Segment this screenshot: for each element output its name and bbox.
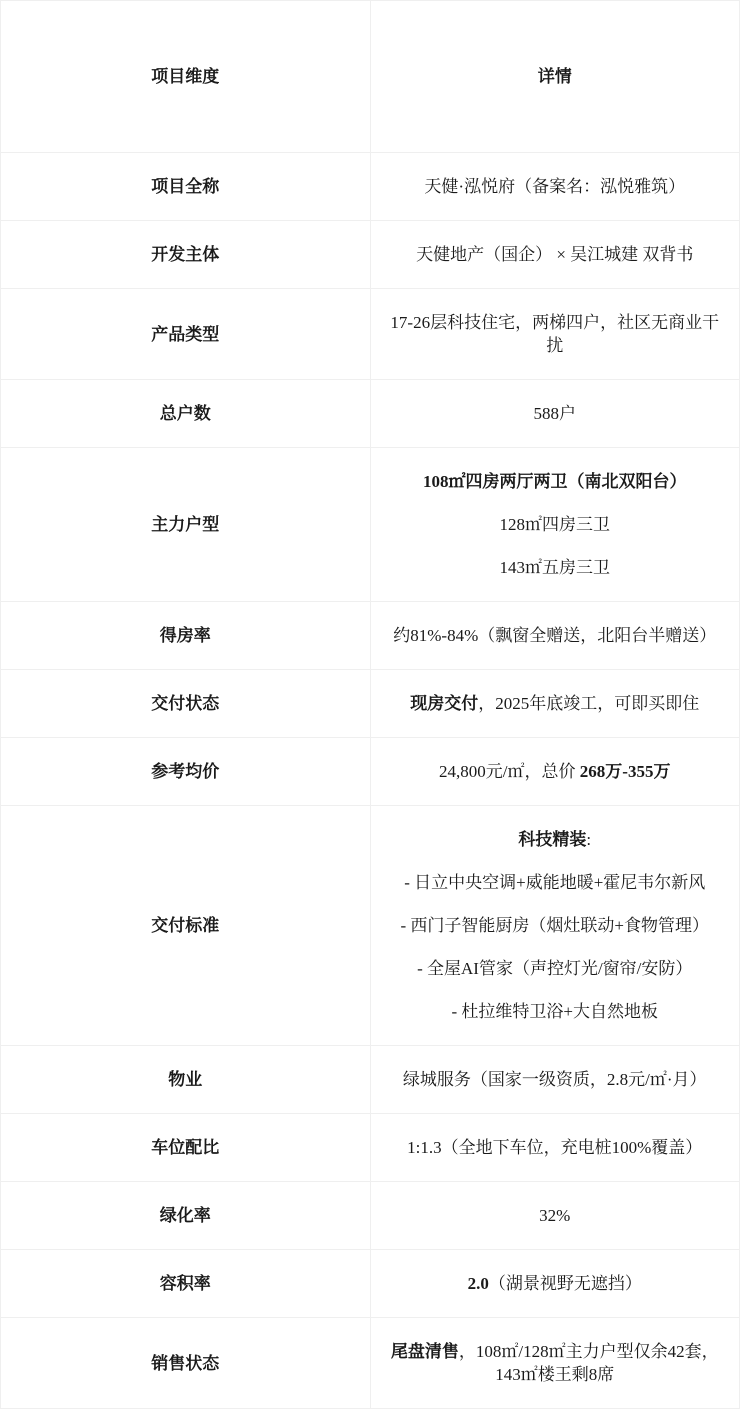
detail-value: 天健地产（国企） × 吴江城建 双背书 — [370, 221, 740, 289]
detail-paragraph: 128㎡四房三卫 — [385, 513, 726, 536]
text-segment: 天健地产（国企） × 吴江城建 双背书 — [416, 245, 693, 264]
dimension-label: 交付状态 — [1, 670, 371, 738]
detail-paragraph: - 杜拉维特卫浴+大自然地板 — [385, 1000, 726, 1023]
text-segment: 绿城服务（国家一级资质，2.8元/㎡·月） — [403, 1070, 707, 1089]
text-segment: 128㎡四房三卫 — [500, 515, 611, 534]
text-segment: 2.0 — [468, 1274, 489, 1293]
header-detail-cell: 详情 — [370, 1, 740, 153]
detail-value: 24,800元/㎡，总价 268万-355万 — [370, 738, 740, 806]
table-row-product-type: 产品类型17-26层科技住宅，两梯四户，社区无商业干扰 — [1, 289, 740, 380]
table-row-reference-avg-price: 参考均价24,800元/㎡，总价 268万-355万 — [1, 738, 740, 806]
table-row-property-management: 物业绿城服务（国家一级资质，2.8元/㎡·月） — [1, 1046, 740, 1114]
detail-value: 现房交付，2025年底竣工，可即买即住 — [370, 670, 740, 738]
text-segment: 天健·泓悦府（备案名：泓悦雅筑） — [424, 177, 685, 196]
text-segment: 现房交付 — [410, 694, 478, 713]
dimension-label: 产品类型 — [1, 289, 371, 380]
detail-paragraph: 天健·泓悦府（备案名：泓悦雅筑） — [385, 175, 726, 198]
table-row-main-unit-types: 主力户型108㎡四房两厅两卫（南北双阳台）128㎡四房三卫143㎡五房三卫 — [1, 448, 740, 602]
text-segment: 1:1.3（全地下车位，充电桩100%覆盖） — [407, 1138, 702, 1157]
table-row-usable-area-ratio: 得房率约81%-84%（飘窗全赠送，北阳台半赠送） — [1, 602, 740, 670]
detail-paragraph: 32% — [385, 1204, 726, 1227]
detail-paragraph: 科技精装: — [385, 828, 726, 851]
text-segment: 17-26层科技住宅，两梯四户，社区无商业干扰 — [390, 313, 719, 355]
text-segment: - 日立中央空调+威能地暖+霍尼韦尔新风 — [404, 873, 705, 892]
detail-paragraph: 108㎡四房两厅两卫（南北双阳台） — [385, 470, 726, 493]
table-row-developer: 开发主体天健地产（国企） × 吴江城建 双背书 — [1, 221, 740, 289]
dimension-label: 得房率 — [1, 602, 371, 670]
detail-paragraph: - 西门子智能厨房（烟灶联动+食物管理） — [385, 914, 726, 937]
detail-value: 588户 — [370, 380, 740, 448]
dimension-label: 容积率 — [1, 1250, 371, 1318]
detail-value: 32% — [370, 1182, 740, 1250]
text-segment: 268万-355万 — [580, 762, 671, 781]
detail-value: 尾盘清售，108㎡/128㎡主力户型仅余42套，143㎡楼王剩8席 — [370, 1318, 740, 1409]
detail-value: 1:1.3（全地下车位，充电桩100%覆盖） — [370, 1114, 740, 1182]
text-segment: 32% — [539, 1206, 570, 1225]
header-dimension-cell: 项目维度 — [1, 1, 371, 153]
text-segment: 约81%-84%（飘窗全赠送，北阳台半赠送） — [393, 626, 716, 645]
detail-paragraph: 约81%-84%（飘窗全赠送，北阳台半赠送） — [385, 624, 726, 647]
detail-paragraph: 天健地产（国企） × 吴江城建 双背书 — [385, 243, 726, 266]
dimension-label: 总户数 — [1, 380, 371, 448]
text-segment: （湖景视野无遮挡） — [489, 1274, 642, 1293]
dimension-label: 车位配比 — [1, 1114, 371, 1182]
dimension-label: 销售状态 — [1, 1318, 371, 1409]
text-segment: 588户 — [534, 404, 577, 423]
detail-paragraph: 143㎡五房三卫 — [385, 556, 726, 579]
text-segment: 科技精装 — [518, 830, 586, 849]
table-body: 项目全称天健·泓悦府（备案名：泓悦雅筑）开发主体天健地产（国企） × 吴江城建 … — [1, 153, 740, 1409]
detail-paragraph: 2.0（湖景视野无遮挡） — [385, 1272, 726, 1295]
text-segment: - 西门子智能厨房（烟灶联动+食物管理） — [401, 916, 710, 935]
detail-paragraph: - 全屋AI管家（声控灯光/窗帘/安防） — [385, 957, 726, 980]
text-segment: : — [586, 830, 591, 849]
detail-value: 科技精装:- 日立中央空调+威能地暖+霍尼韦尔新风- 西门子智能厨房（烟灶联动+… — [370, 806, 740, 1046]
text-segment: ，2025年底竣工，可即买即住 — [478, 694, 699, 713]
detail-value: 17-26层科技住宅，两梯四户，社区无商业干扰 — [370, 289, 740, 380]
header-row: 项目维度 详情 — [1, 1, 740, 153]
table-row-delivery-standard: 交付标准科技精装:- 日立中央空调+威能地暖+霍尼韦尔新风- 西门子智能厨房（烟… — [1, 806, 740, 1046]
dimension-label: 主力户型 — [1, 448, 371, 602]
detail-paragraph: 24,800元/㎡，总价 268万-355万 — [385, 760, 726, 783]
table-row-delivery-status: 交付状态现房交付，2025年底竣工，可即买即住 — [1, 670, 740, 738]
table-row-sales-status: 销售状态尾盘清售，108㎡/128㎡主力户型仅余42套，143㎡楼王剩8席 — [1, 1318, 740, 1409]
table-row-project-full-name: 项目全称天健·泓悦府（备案名：泓悦雅筑） — [1, 153, 740, 221]
detail-paragraph: 现房交付，2025年底竣工，可即买即住 — [385, 692, 726, 715]
text-segment: - 杜拉维特卫浴+大自然地板 — [452, 1002, 659, 1021]
detail-value: 天健·泓悦府（备案名：泓悦雅筑） — [370, 153, 740, 221]
table-row-total-units: 总户数588户 — [1, 380, 740, 448]
text-segment: 143㎡五房三卫 — [500, 558, 611, 577]
detail-value: 绿城服务（国家一级资质，2.8元/㎡·月） — [370, 1046, 740, 1114]
detail-value: 约81%-84%（飘窗全赠送，北阳台半赠送） — [370, 602, 740, 670]
text-segment: 108㎡四房两厅两卫（南北双阳台） — [423, 472, 687, 491]
detail-paragraph: 1:1.3（全地下车位，充电桩100%覆盖） — [385, 1136, 726, 1159]
detail-value: 108㎡四房两厅两卫（南北双阳台）128㎡四房三卫143㎡五房三卫 — [370, 448, 740, 602]
table-row-parking-ratio: 车位配比1:1.3（全地下车位，充电桩100%覆盖） — [1, 1114, 740, 1182]
detail-paragraph: 尾盘清售，108㎡/128㎡主力户型仅余42套，143㎡楼王剩8席 — [385, 1340, 726, 1386]
dimension-label: 物业 — [1, 1046, 371, 1114]
table-row-plot-ratio: 容积率2.0（湖景视野无遮挡） — [1, 1250, 740, 1318]
dimension-label: 项目全称 — [1, 153, 371, 221]
text-segment: 24,800元/㎡，总价 — [439, 762, 580, 781]
dimension-label: 绿化率 — [1, 1182, 371, 1250]
detail-paragraph: 588户 — [385, 402, 726, 425]
detail-value: 2.0（湖景视野无遮挡） — [370, 1250, 740, 1318]
text-segment: - 全屋AI管家（声控灯光/窗帘/安防） — [417, 959, 692, 978]
table-row-greening-rate: 绿化率32% — [1, 1182, 740, 1250]
text-segment: 尾盘清售 — [391, 1342, 459, 1361]
project-info-table: 项目维度 详情 项目全称天健·泓悦府（备案名：泓悦雅筑）开发主体天健地产（国企）… — [0, 0, 740, 1409]
dimension-label: 开发主体 — [1, 221, 371, 289]
detail-paragraph: 17-26层科技住宅，两梯四户，社区无商业干扰 — [385, 311, 726, 357]
detail-paragraph: - 日立中央空调+威能地暖+霍尼韦尔新风 — [385, 871, 726, 894]
detail-paragraph: 绿城服务（国家一级资质，2.8元/㎡·月） — [385, 1068, 726, 1091]
text-segment: ，108㎡/128㎡主力户型仅余42套，143㎡楼王剩8席 — [459, 1342, 719, 1384]
dimension-label: 参考均价 — [1, 738, 371, 806]
dimension-label: 交付标准 — [1, 806, 371, 1046]
